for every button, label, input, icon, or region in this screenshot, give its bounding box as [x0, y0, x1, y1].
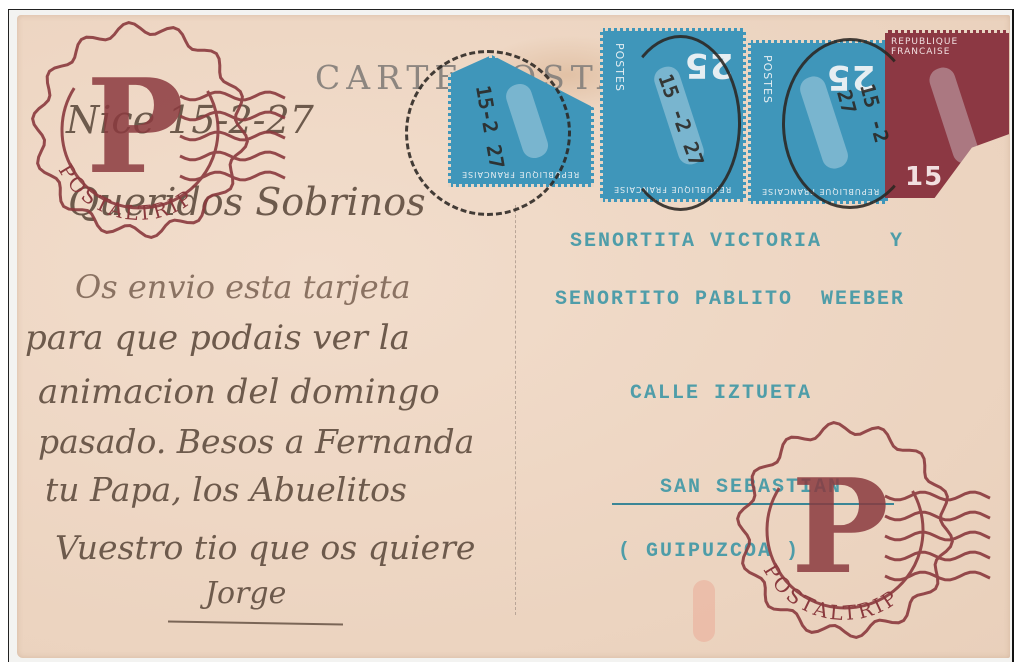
address-line-recipient-1: SENORTITA VICTORIA — [570, 230, 822, 253]
postaltrip-watermark: PPOSTALTRIP — [735, 418, 975, 658]
red-stain — [693, 580, 715, 642]
address-line-street: CALLE IZTUETA — [630, 382, 812, 405]
handwritten-line: tu Papa, los Abuelitos — [45, 470, 407, 509]
postmark-date: 15 -2 27 — [653, 71, 708, 170]
address-line-recipient-2: SENORTITO PABLITO WEEBER — [555, 288, 905, 311]
handwritten-line: Os envio esta tarjeta — [75, 268, 411, 306]
postmark-date: 15 -2 27 — [832, 81, 903, 185]
watermark-letter: P — [86, 50, 184, 203]
stamp-label: POSTES — [613, 43, 626, 92]
postaltrip-seal-icon: PPOSTALTRIP — [30, 18, 270, 258]
handwritten-line: animacion del domingo — [38, 372, 440, 412]
stamp-value: 15 — [905, 162, 943, 192]
stamp-label: POSTES — [761, 55, 774, 104]
postmark-date: 15-2 27 — [471, 83, 509, 170]
card-divider-line — [515, 205, 516, 615]
address-conjunction: Y — [890, 230, 904, 253]
postmark-cancel: 15-2 27 — [405, 50, 571, 216]
postmark-cancel: 15 -2 27 — [782, 38, 918, 209]
stamp-country: REPUBLIQUE FRANCAISE — [891, 37, 1009, 57]
handwritten-line: para que podais ver la — [25, 318, 410, 358]
handwritten-line: pasado. Besos a Fernanda — [38, 422, 474, 461]
watermark-letter: P — [791, 450, 889, 603]
postaltrip-watermark: PPOSTALTRIP — [30, 18, 270, 258]
postaltrip-seal-icon: PPOSTALTRIP — [735, 418, 975, 658]
handwritten-signature: Jorge — [205, 576, 286, 611]
postmark-cancel: 15 -2 27 — [620, 35, 741, 211]
handwritten-line: Vuestro tio que os quiere — [55, 528, 475, 567]
